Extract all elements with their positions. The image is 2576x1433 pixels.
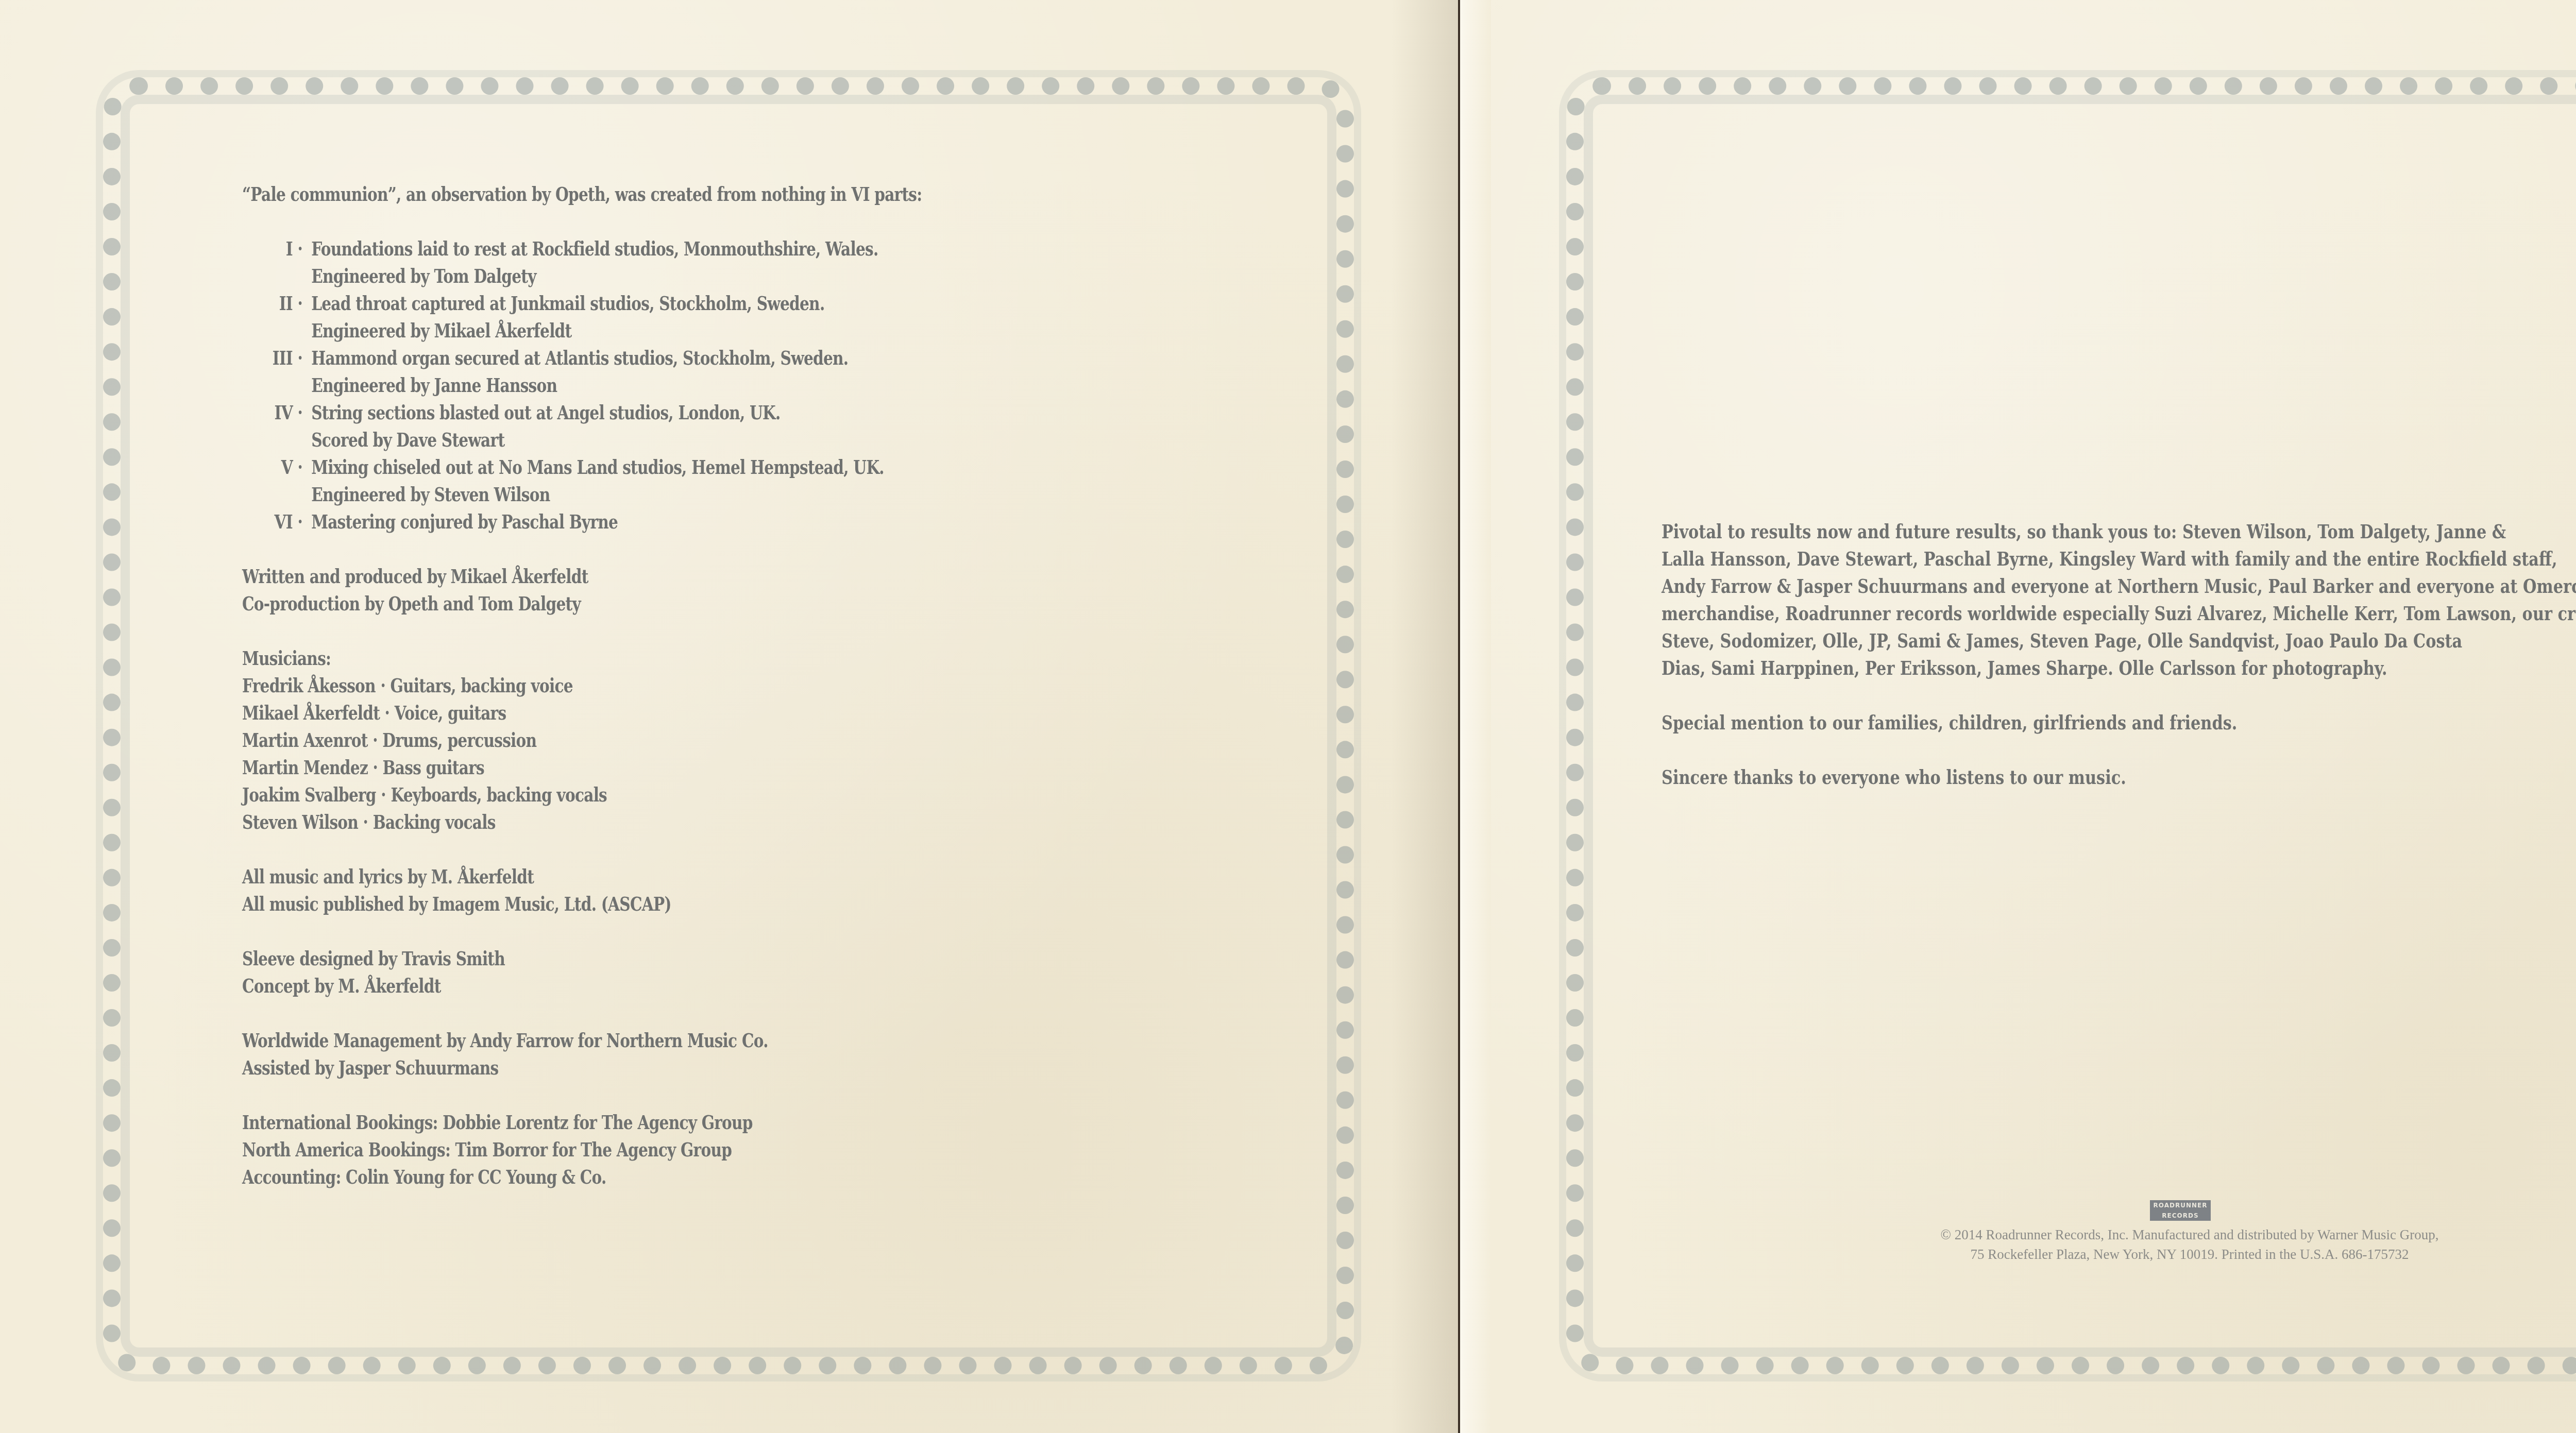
part-row: IV ·String sections blasted out at Angel… bbox=[242, 399, 922, 453]
bookings-line: Accounting: Colin Young for CC Young & C… bbox=[242, 1163, 922, 1190]
credits-block: “Pale communion”, an observation by Opet… bbox=[242, 180, 922, 1190]
bookings-line: North America Bookings: Tim Borror for T… bbox=[242, 1136, 922, 1163]
part-number: V · bbox=[242, 453, 311, 508]
thanks-line: Lalla Hansson, Dave Stewart, Paschal Byr… bbox=[1662, 545, 2486, 572]
intro-line: “Pale communion”, an observation by Opet… bbox=[242, 180, 922, 208]
thanks-line: Andy Farrow & Jasper Schuurmans and ever… bbox=[1662, 572, 2486, 600]
part-line: Engineered by Steven Wilson bbox=[311, 481, 884, 508]
sincere-thanks: Sincere thanks to everyone who listens t… bbox=[1662, 763, 2486, 791]
part-row: I ·Foundations laid to rest at Rockfield… bbox=[242, 235, 922, 289]
thank-yous-paragraph: Pivotal to results now and future result… bbox=[1662, 518, 2576, 681]
musicians-line: Steven Wilson · Backing vocals bbox=[242, 808, 922, 835]
part-body: String sections blasted out at Angel stu… bbox=[311, 399, 780, 453]
thanks-block: Pivotal to results now and future result… bbox=[1662, 518, 2576, 818]
part-number: II · bbox=[242, 289, 311, 344]
bookings-credits: International Bookings: Dobbie Lorentz f… bbox=[242, 1108, 922, 1190]
thanks-line: Steve, Sodomizer, Olle, JP, Sami & James… bbox=[1662, 627, 2486, 654]
part-line: Foundations laid to rest at Rockfield st… bbox=[311, 235, 878, 262]
musicians-line: Joakim Svalberg · Keyboards, backing voc… bbox=[242, 781, 922, 808]
design-line: Concept by M. Åkerfeldt bbox=[242, 972, 922, 999]
bookings-line: International Bookings: Dobbie Lorentz f… bbox=[242, 1108, 922, 1136]
part-line: Engineered by Janne Hansson bbox=[311, 371, 848, 399]
copyright-line: © 2014 Roadrunner Records, Inc. Manufact… bbox=[1814, 1225, 2566, 1244]
management-credits: Worldwide Management by Andy Farrow for … bbox=[242, 1027, 922, 1081]
production-credits: Written and produced by Mikael Åkerfeldt… bbox=[242, 562, 922, 617]
part-body: Foundations laid to rest at Rockfield st… bbox=[311, 235, 878, 289]
management-line: Worldwide Management by Andy Farrow for … bbox=[242, 1027, 922, 1054]
part-number: III · bbox=[242, 344, 311, 399]
part-row: V ·Mixing chiseled out at No Mans Land s… bbox=[242, 453, 922, 508]
publishing-credits: All music and lyrics by M. ÅkerfeldtAll … bbox=[242, 863, 922, 917]
part-number: IV · bbox=[242, 399, 311, 453]
production-line: Co-production by Opeth and Tom Dalgety bbox=[242, 590, 922, 617]
part-row: III ·Hammond organ secured at Atlantis s… bbox=[242, 344, 922, 399]
musicians-line: Martin Axenrot · Drums, percussion bbox=[242, 726, 922, 754]
roadrunner-logo: ROADRUNNER RECORDS bbox=[2150, 1200, 2211, 1221]
design-line: Sleeve designed by Travis Smith bbox=[242, 945, 922, 972]
musicians-list: Fredrik Åkesson · Guitars, backing voice… bbox=[242, 672, 922, 835]
spine-highlight bbox=[1460, 0, 1491, 1433]
part-body: Mastering conjured by Paschal Byrne bbox=[311, 508, 618, 535]
part-body: Lead throat captured at Junkmail studios… bbox=[311, 289, 824, 344]
publishing-line: All music and lyrics by M. Åkerfeldt bbox=[242, 863, 922, 890]
musicians-heading: Musicians: bbox=[242, 644, 922, 672]
recording-parts-list: I ·Foundations laid to rest at Rockfield… bbox=[242, 235, 922, 535]
design-credits: Sleeve designed by Travis SmithConcept b… bbox=[242, 945, 922, 999]
part-number: VI · bbox=[242, 508, 311, 535]
part-line: Mixing chiseled out at No Mans Land stud… bbox=[311, 453, 884, 481]
spine-shadow bbox=[1391, 0, 1458, 1433]
thanks-line: Dias, Sami Harppinen, Per Eriksson, Jame… bbox=[1662, 654, 2486, 681]
thanks-line: Pivotal to results now and future result… bbox=[1662, 518, 2486, 545]
part-line: Lead throat captured at Junkmail studios… bbox=[311, 289, 824, 317]
management-line: Assisted by Jasper Schuurmans bbox=[242, 1054, 922, 1081]
part-line: Hammond organ secured at Atlantis studio… bbox=[311, 344, 848, 371]
part-row: II ·Lead throat captured at Junkmail stu… bbox=[242, 289, 922, 344]
part-row: VI ·Mastering conjured by Paschal Byrne bbox=[242, 508, 922, 535]
part-line: Scored by Dave Stewart bbox=[311, 426, 780, 453]
musicians-line: Fredrik Åkesson · Guitars, backing voice bbox=[242, 672, 922, 699]
copyright-line: 75 Rockefeller Plaza, New York, NY 10019… bbox=[1814, 1244, 2566, 1264]
part-line: String sections blasted out at Angel stu… bbox=[311, 399, 780, 426]
thanks-line: merchandise, Roadrunner records worldwid… bbox=[1662, 600, 2486, 627]
special-mention: Special mention to our families, childre… bbox=[1662, 709, 2486, 736]
part-body: Hammond organ secured at Atlantis studio… bbox=[311, 344, 848, 399]
part-line: Engineered by Mikael Åkerfeldt bbox=[311, 317, 824, 344]
production-line: Written and produced by Mikael Åkerfeldt bbox=[242, 562, 922, 590]
copyright-notice: © 2014 Roadrunner Records, Inc. Manufact… bbox=[1814, 1225, 2566, 1264]
part-line: Engineered by Tom Dalgety bbox=[311, 262, 878, 289]
part-body: Mixing chiseled out at No Mans Land stud… bbox=[311, 453, 884, 508]
musicians-line: Mikael Åkerfeldt · Voice, guitars bbox=[242, 699, 922, 726]
musicians-line: Martin Mendez · Bass guitars bbox=[242, 754, 922, 781]
publishing-line: All music published by Imagem Music, Ltd… bbox=[242, 890, 922, 917]
part-line: Mastering conjured by Paschal Byrne bbox=[311, 508, 618, 535]
part-number: I · bbox=[242, 235, 311, 289]
